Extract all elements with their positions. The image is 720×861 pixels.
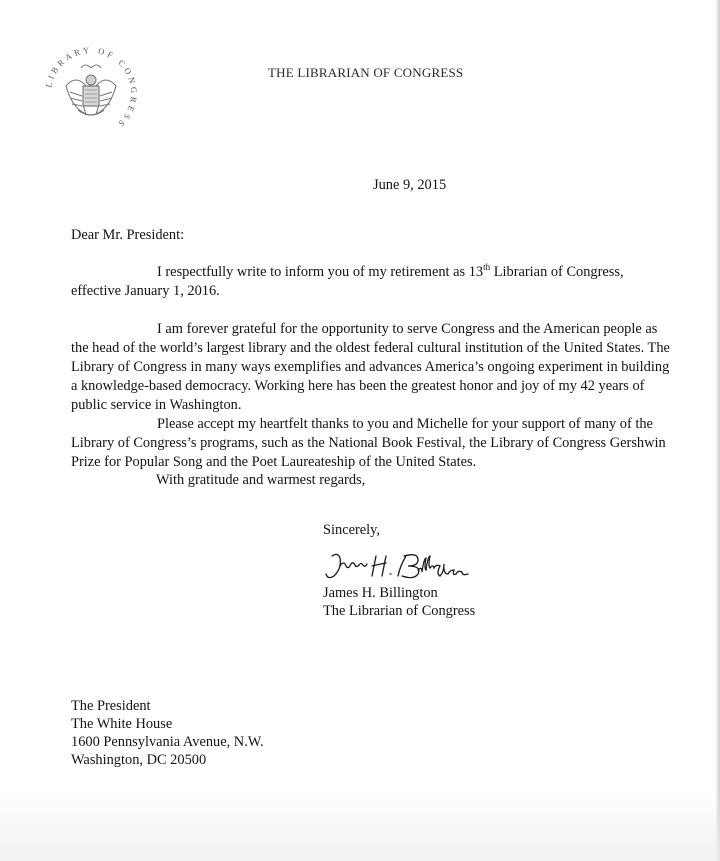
salutation: Dear Mr. President: (71, 226, 184, 245)
letter-date: June 9, 2015 (373, 176, 446, 195)
handwritten-signature-icon (320, 548, 470, 582)
letterhead-title: THE LIBRARIAN OF CONGRESS (268, 65, 463, 81)
library-of-congress-seal-icon: LIBRARY OF CONGRESS (36, 38, 146, 148)
page-shadow (0, 791, 720, 861)
signer-name: James H. Billington (323, 584, 438, 603)
recipient-address-line: 1600 Pennsylvania Avenue, N.W. (71, 733, 264, 752)
recipient-address-line: The White House (71, 715, 172, 734)
signer-title: The Librarian of Congress (323, 602, 475, 621)
page-edge (716, 0, 720, 861)
recipient-address-line: The President (71, 697, 151, 716)
recipient-address-line: Washington, DC 20500 (71, 751, 206, 770)
signoff: Sincerely, (323, 521, 380, 540)
paragraph-thanks: Please accept my heartfelt thanks to you… (71, 415, 671, 472)
paragraph-retirement: I respectfully write to inform you of my… (71, 263, 671, 301)
paragraph-gratitude: I am forever grateful for the opportunit… (71, 320, 671, 415)
closing-line: With gratitude and warmest regards, (156, 471, 365, 490)
